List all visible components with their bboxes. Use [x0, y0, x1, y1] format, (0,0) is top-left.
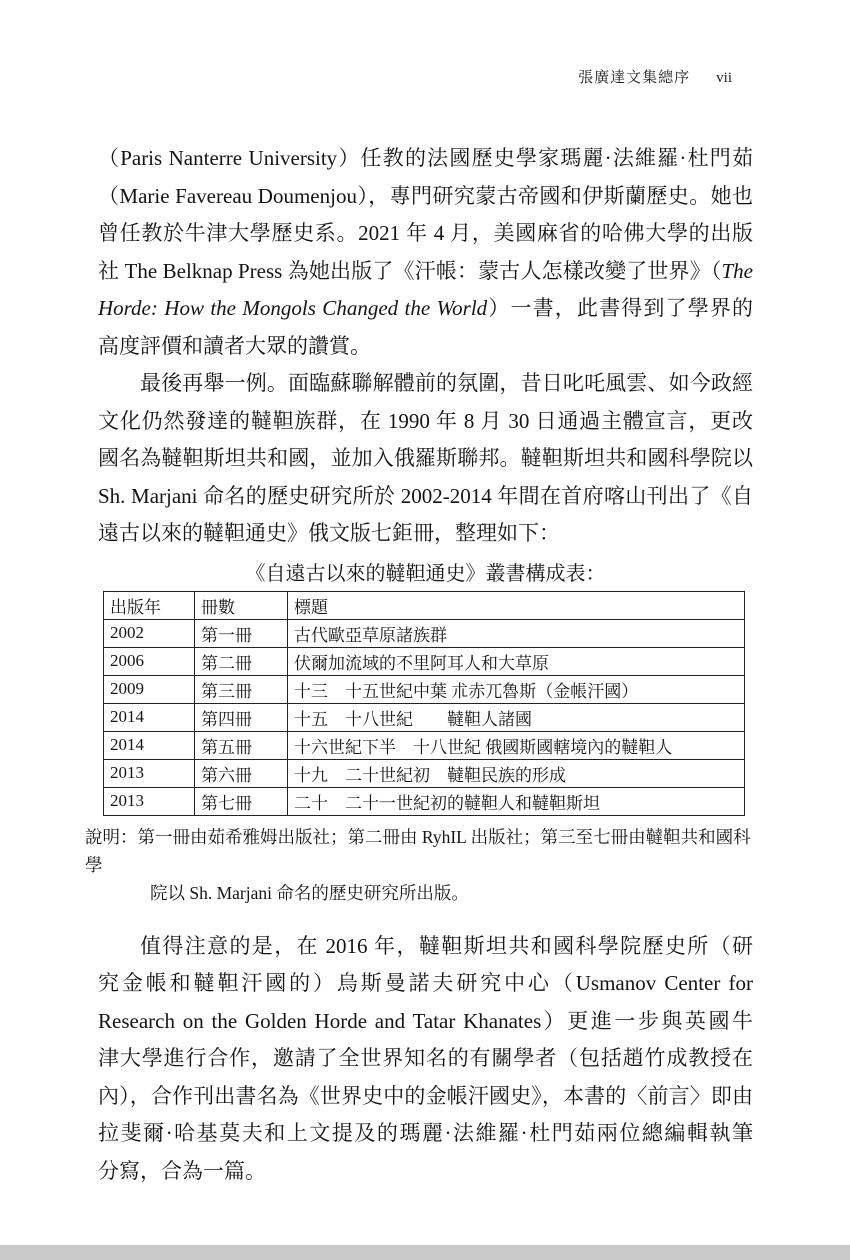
- body-line: 拉斐爾·哈基莫夫和上文提及的瑪麗·法維羅·杜門茹兩位總編輯執筆: [98, 1115, 753, 1153]
- paragraph-1: （Paris Nanterre University）任教的法國歷史學家瑪麗·法…: [98, 140, 753, 365]
- table-row: 2014 第四冊 十五 十八世紀 韃靼人諸國: [104, 703, 745, 731]
- cell-title: 十九 二十世紀初 韃靼民族的形成: [288, 759, 745, 787]
- cell-volume: 第六冊: [195, 759, 288, 787]
- cell-title: 伏爾加流域的不里阿耳人和大草原: [288, 647, 745, 675]
- cell-volume: 第四冊: [195, 703, 288, 731]
- cell-title: 十五 十八世紀 韃靼人諸國: [288, 703, 745, 731]
- paragraph-3: 值得注意的是，在 2016 年，韃靼斯坦共和國科學院歷史所（研 究金帳和韃靼汗國…: [98, 928, 753, 1191]
- cell-volume: 第五冊: [195, 731, 288, 759]
- body-line: 國名為韃靼斯坦共和國，並加入俄羅斯聯邦。韃靼斯坦共和國科學院以: [98, 440, 753, 478]
- body-line: Horde: How the Mongols Changed the World…: [98, 290, 753, 328]
- book-title-english: The: [722, 259, 754, 283]
- table-title: 《自遠古以來的韃靼通史》叢書構成表：: [98, 559, 753, 589]
- cell-year: 2002: [104, 619, 195, 647]
- body-line: 曾任教於牛津大學歷史系。2021 年 4 月，美國麻省的哈佛大學的出版: [98, 215, 753, 253]
- cell-volume: 第三冊: [195, 675, 288, 703]
- table-row: 2013 第六冊 十九 二十世紀初 韃靼民族的形成: [104, 759, 745, 787]
- col-header-year: 出版年: [104, 591, 195, 619]
- body-line: 津大學進行合作，邀請了全世界知名的有關學者（包括趙竹成教授在: [98, 1040, 753, 1078]
- body-line: 文化仍然發達的韃靼族群，在 1990 年 8 月 30 日通過主體宣言，更改: [98, 403, 753, 441]
- header-title: 張廣達文集總序: [578, 70, 690, 86]
- body-line: 究金帳和韃靼汗國的）烏斯曼諾夫研究中心（Usmanov Center for: [98, 965, 753, 1003]
- paragraph-2: 最後再舉一例。面臨蘇聯解體前的氛圍，昔日叱吒風雲、如今政經 文化仍然發達的韃靼族…: [98, 365, 753, 553]
- body-line: 分寫，合為一篇。: [98, 1153, 753, 1191]
- table-row: 2013 第七冊 二十 二十一世紀初的韃靼人和韃靼斯坦: [104, 787, 745, 815]
- cell-year: 2013: [104, 787, 195, 815]
- body-line: 值得注意的是，在 2016 年，韃靼斯坦共和國科學院歷史所（研: [98, 928, 753, 966]
- body-line: 高度評價和讀者大眾的讚賞。: [98, 328, 753, 366]
- table-note: 說明：第一冊由茹希雅姆出版社；第二冊由 RyhIL 出版社；第三至七冊由韃靼共和…: [85, 823, 767, 907]
- cell-year: 2014: [104, 731, 195, 759]
- volumes-table: 出版年 冊數 標題 2002 第一冊 古代歐亞草原諸族群 2006 第二冊 伏爾…: [103, 591, 745, 816]
- body-line: 內），合作刊出書名為《世界史中的金帳汗國史》，本書的〈前言〉即由: [98, 1078, 753, 1116]
- book-page: 張廣達文集總序vii （Paris Nanterre University）任教…: [0, 0, 850, 1260]
- note-line: 說明：第一冊由茹希雅姆出版社；第二冊由 RyhIL 出版社；第三至七冊由韃靼共和…: [85, 823, 767, 879]
- cell-volume: 第七冊: [195, 787, 288, 815]
- table-row: 2006 第二冊 伏爾加流域的不里阿耳人和大草原: [104, 647, 745, 675]
- table-row: 2009 第三冊 十三 十五世紀中葉 朮赤兀魯斯（金帳汗國）: [104, 675, 745, 703]
- cell-title: 二十 二十一世紀初的韃靼人和韃靼斯坦: [288, 787, 745, 815]
- cell-title: 古代歐亞草原諸族群: [288, 619, 745, 647]
- body-line: 最後再舉一例。面臨蘇聯解體前的氛圍，昔日叱吒風雲、如今政經: [98, 365, 753, 403]
- body-line: 社 The Belknap Press 為她出版了《汗帳：蒙古人怎樣改變了世界》…: [98, 253, 753, 291]
- table-row: 2014 第五冊 十六世紀下半 十八世紀 俄國斯國轄境內的韃靼人: [104, 731, 745, 759]
- col-header-volume: 冊數: [195, 591, 288, 619]
- cell-year: 2014: [104, 703, 195, 731]
- note-line: 院以 Sh. Marjani 命名的歷史研究所出版。: [85, 879, 767, 907]
- table-row: 2002 第一冊 古代歐亞草原諸族群: [104, 619, 745, 647]
- page-number: vii: [716, 70, 732, 86]
- table-header-row: 出版年 冊數 標題: [104, 591, 745, 619]
- body-line: Research on the Golden Horde and Tatar K…: [98, 1003, 753, 1041]
- cell-title: 十六世紀下半 十八世紀 俄國斯國轄境內的韃靼人: [288, 731, 745, 759]
- running-header: 張廣達文集總序vii: [578, 66, 732, 87]
- cell-volume: 第二冊: [195, 647, 288, 675]
- body-line: Sh. Marjani 命名的歷史研究所於 2002-2014 年間在首府喀山刊…: [98, 478, 753, 516]
- body-line: （Paris Nanterre University）任教的法國歷史學家瑪麗·法…: [98, 140, 753, 178]
- cell-year: 2006: [104, 647, 195, 675]
- col-header-title: 標題: [288, 591, 745, 619]
- page-content: （Paris Nanterre University）任教的法國歷史學家瑪麗·法…: [98, 140, 753, 1190]
- cell-volume: 第一冊: [195, 619, 288, 647]
- cell-year: 2013: [104, 759, 195, 787]
- book-title-english: Horde: How the Mongols Changed the World: [98, 296, 487, 320]
- page-bottom-edge: [0, 1245, 850, 1260]
- cell-title: 十三 十五世紀中葉 朮赤兀魯斯（金帳汗國）: [288, 675, 745, 703]
- cell-year: 2009: [104, 675, 195, 703]
- body-line: 遠古以來的韃靼通史》俄文版七鉅冊，整理如下：: [98, 515, 753, 553]
- body-line: （Marie Favereau Doumenjou），專門研究蒙古帝國和伊斯蘭歷…: [98, 178, 753, 216]
